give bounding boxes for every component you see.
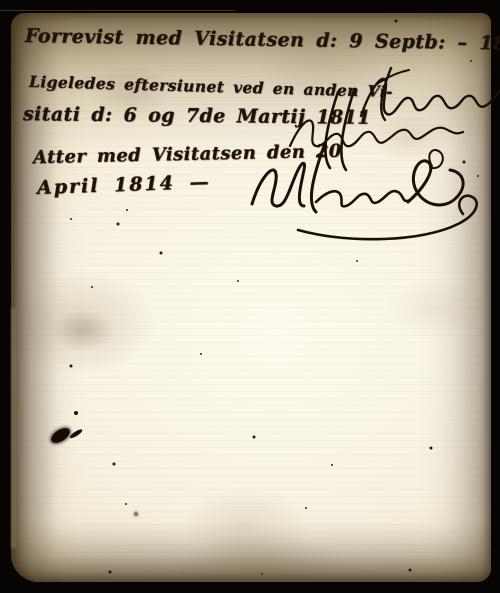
scanned-page-photo: Forrevist med Visitatsen d: 9 Septb: – 1… (0, 0, 500, 593)
entry-1814-line-2: April 1814 — (37, 171, 211, 199)
ink-blot (49, 425, 73, 446)
manuscript-page: Forrevist med Visitatsen d: 9 Septb: – 1… (11, 13, 491, 582)
signature-1814-icon (240, 140, 492, 252)
scan-scratch-line (0, 10, 235, 11)
page-edge-sliver (11, 308, 16, 548)
entry-1808-line-1: Forrevist med Visitatsen d: 9 Septb: – 1… (25, 25, 500, 55)
ink-specks (11, 13, 13, 15)
